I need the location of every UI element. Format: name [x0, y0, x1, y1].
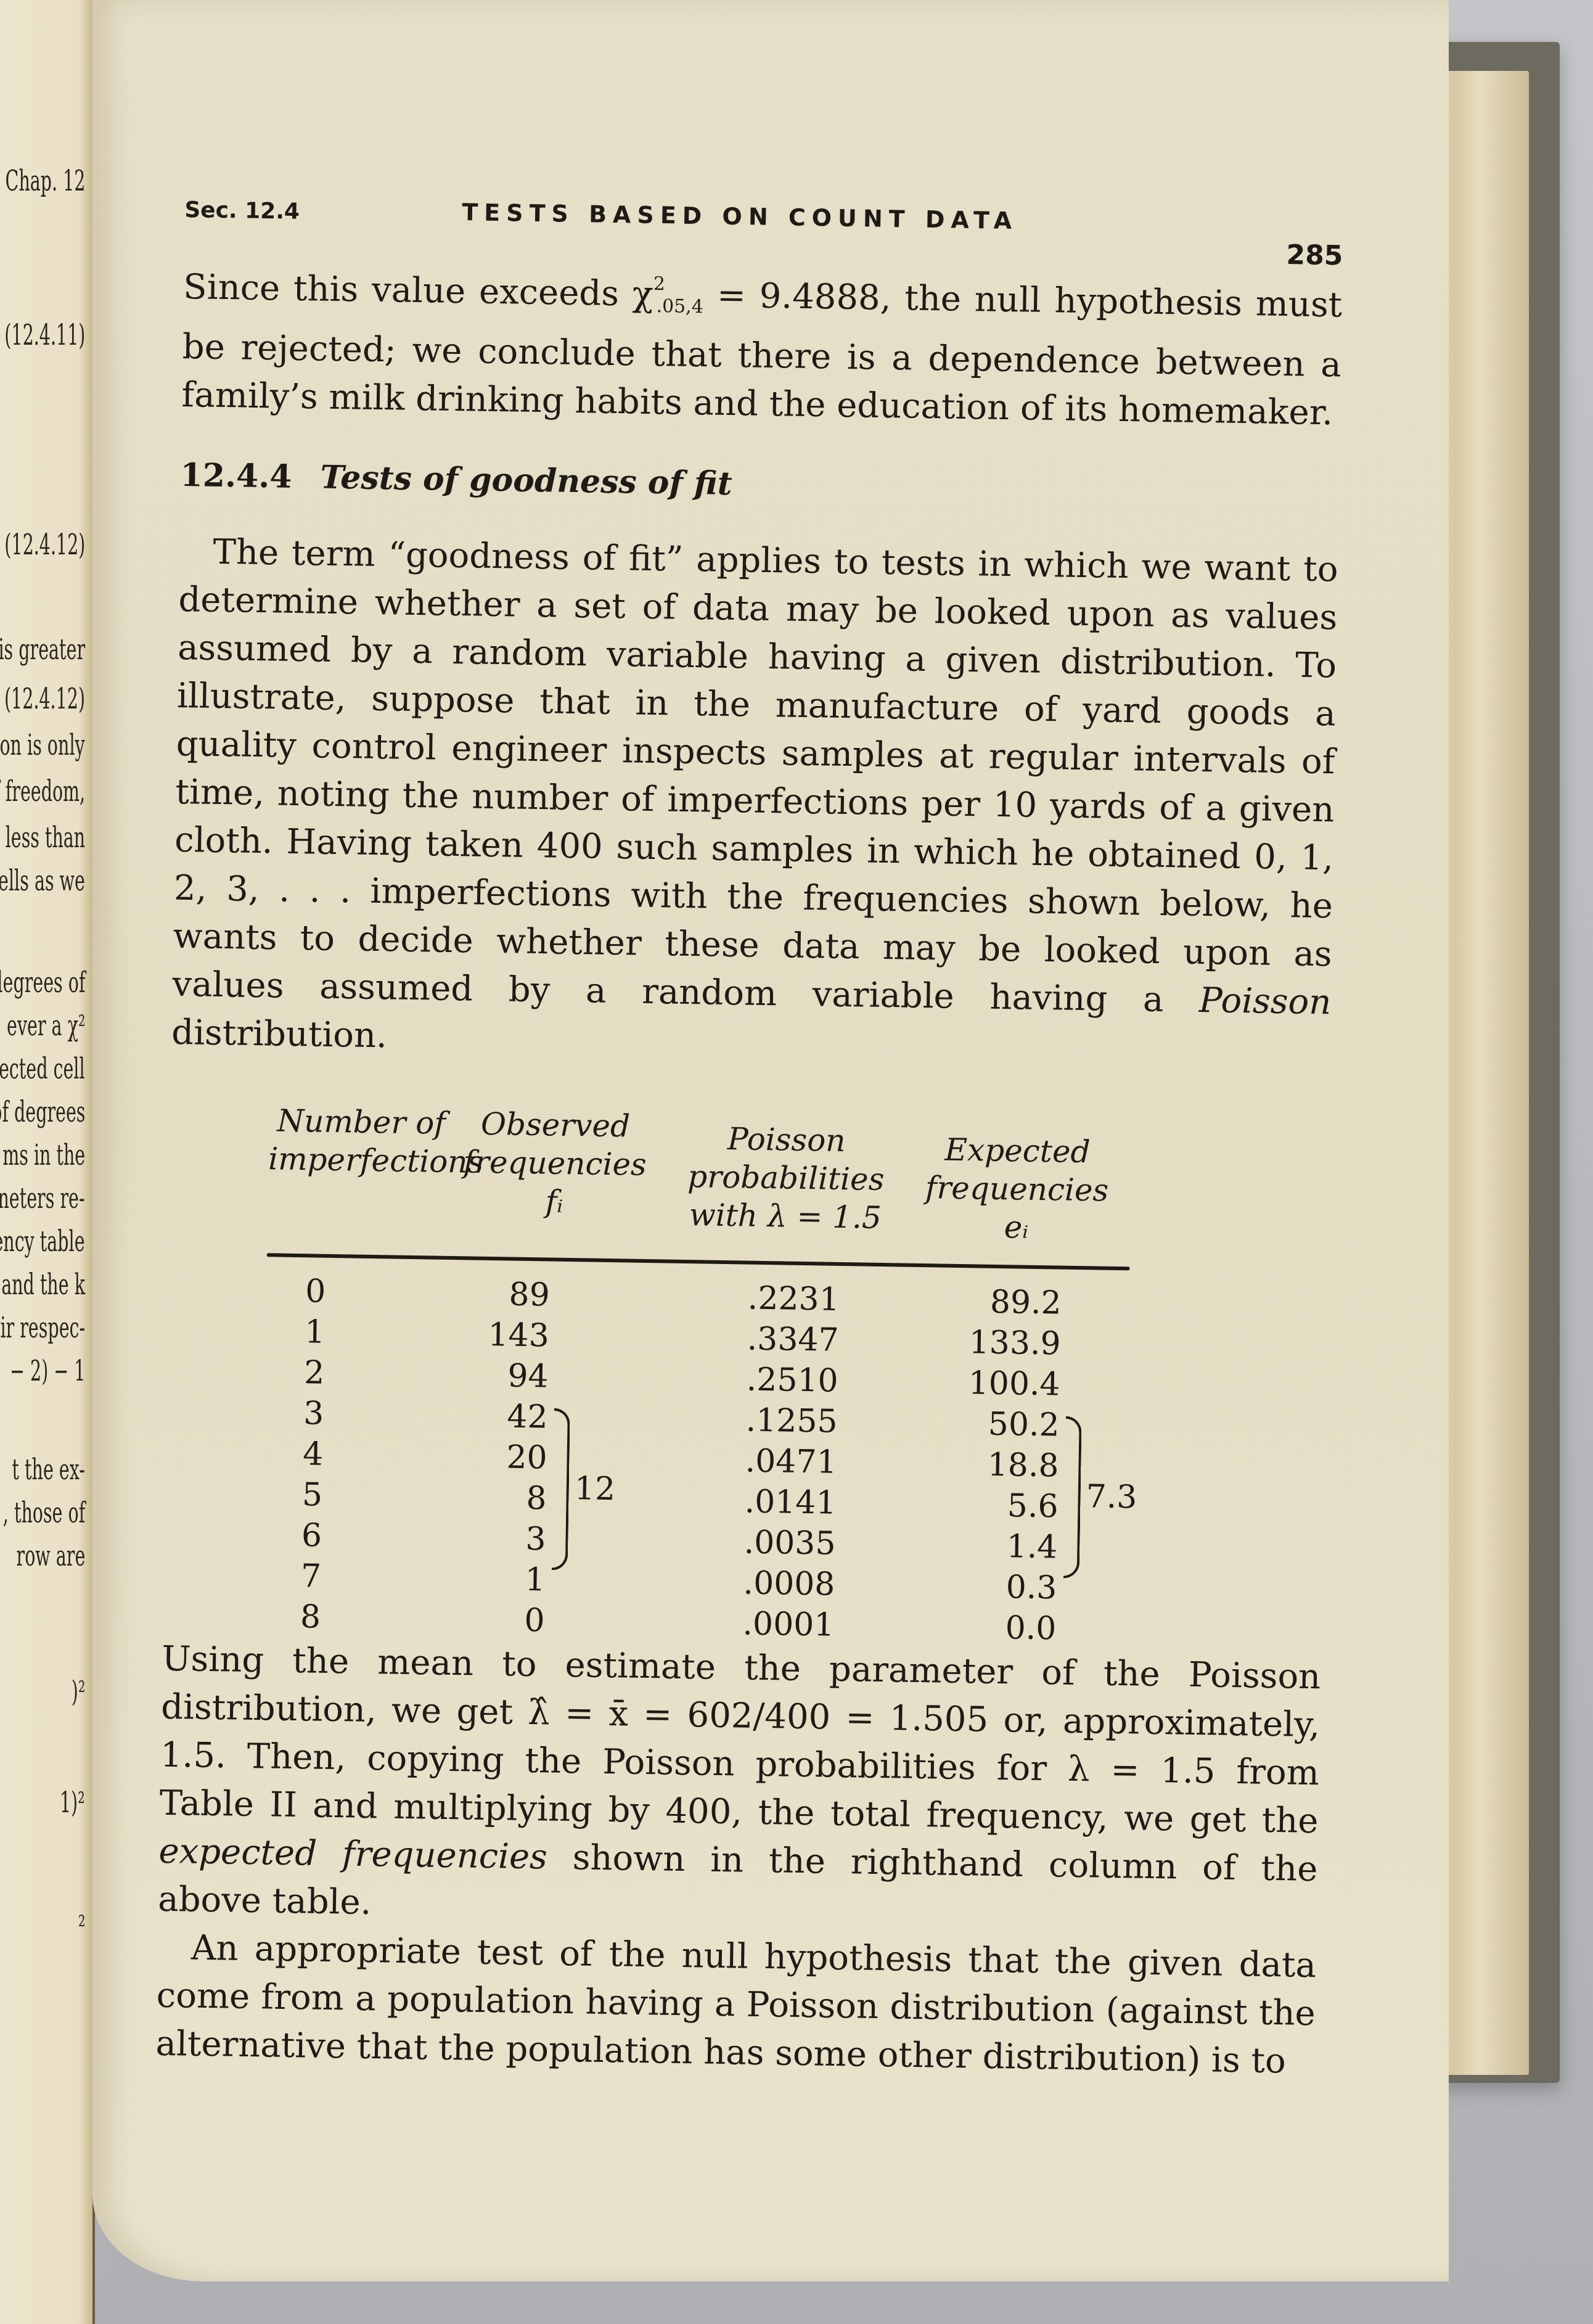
left-page-fragment: t the ex- [12, 1455, 85, 1484]
cell-imperfections: 5 [263, 1474, 362, 1516]
left-page-fragment: ² [78, 1911, 85, 1940]
cell-probability: .2510 [548, 1357, 838, 1402]
left-page-fragment: neters re- [0, 1184, 85, 1212]
text-span: The term “goodness of fit” applies to te… [172, 532, 1338, 1020]
left-page-fragment: ms in the [2, 1141, 85, 1169]
chi-subscript: .05,4 [656, 295, 703, 318]
expected-group-brace [1063, 1416, 1082, 1579]
paragraph-conclusion: Since this value exceeds χ2.05,4 = 9.488… [181, 253, 1343, 437]
cell-probability: .0008 [545, 1559, 835, 1604]
cell-observed: 20 [362, 1435, 547, 1479]
cell-expected: 18.8 [837, 1442, 1059, 1487]
cell-expected: 89.2 [839, 1279, 1062, 1324]
header-line: Poisson [657, 1119, 916, 1161]
section-title: Tests of goodness of fit [320, 459, 732, 503]
header-line: with λ = 1.5 [655, 1195, 915, 1238]
cell-observed: 0 [359, 1598, 545, 1641]
cell-imperfections: 7 [261, 1555, 361, 1598]
section-label: Sec. 12.4 [184, 197, 300, 224]
left-page-fragment: (12.4.12) [4, 530, 85, 559]
cell-expected: 1.4 [835, 1524, 1058, 1568]
left-page-fragment: (12.4.11) [4, 321, 85, 349]
cell-expected: 0.0 [834, 1605, 1057, 1649]
text-span: Using the mean to estimate the parameter… [159, 1639, 1321, 1841]
left-page-fragment: ency table [0, 1227, 85, 1255]
emphasis-poisson: Poisson [1199, 980, 1332, 1022]
left-page-fragment: of freedom, [0, 777, 85, 805]
chi-square-symbol: χ2.05,4 [632, 274, 703, 315]
cell-imperfections: 1 [265, 1311, 364, 1353]
header-line: imperfections [268, 1139, 454, 1181]
cell-observed: 3 [361, 1516, 546, 1560]
section-number: 12.4.4 [180, 456, 292, 496]
text-span: Since this value exceeds [183, 267, 633, 314]
left-page-fragment: , those of [3, 1498, 85, 1527]
page-number: 285 [1286, 239, 1343, 271]
paragraph-estimation: Using the mean to estimate the parameter… [158, 1635, 1321, 1942]
cell-imperfections: 6 [262, 1514, 361, 1557]
header-line: frequencies [453, 1143, 657, 1184]
left-page-fragment: Chap. 12 [5, 166, 85, 195]
left-page-fragment: ion is only [0, 731, 85, 759]
cell-observed: 1 [360, 1557, 546, 1601]
emphasis-expected-frequencies: expected frequencies [158, 1831, 547, 1878]
chi-letter: χ [632, 274, 653, 314]
header-line: Number of [269, 1101, 454, 1143]
cell-expected: 50.2 [837, 1402, 1060, 1446]
table-rule [267, 1253, 1130, 1270]
header-observed-frequencies: Observed frequencies fᵢ [452, 1104, 657, 1241]
paragraph-goodness-of-fit-intro: The term “goodness of fit” applies to te… [171, 528, 1338, 1075]
table-header: Number of imperfections Observed frequen… [267, 1101, 1132, 1248]
left-page-fragment: ever a χ² [7, 1011, 85, 1040]
frequency-table: Number of imperfections Observed frequen… [261, 1101, 1132, 1650]
section-heading: 12.4.4 Tests of goodness of fit [180, 456, 1340, 512]
left-page-fragment: − 2) − 1 [10, 1357, 85, 1385]
cell-probability: .1255 [547, 1397, 838, 1442]
left-page-fragment: and the k [1, 1270, 85, 1299]
left-page-fragment: cells as we [0, 866, 85, 895]
chapter-running-title: TESTS BASED ON COUNT DATA [462, 199, 1018, 234]
observed-group-total: 12 [574, 1470, 615, 1508]
header-line: Observed [454, 1104, 658, 1146]
header-line: frequencies [915, 1168, 1119, 1210]
header-line: Expected [915, 1130, 1120, 1172]
header-number-of-imperfections: Number of imperfections [267, 1101, 454, 1238]
expected-group-total: 7.3 [1086, 1478, 1137, 1516]
cell-probability: .3347 [549, 1316, 839, 1361]
header-line: probabilities [656, 1157, 915, 1199]
text-span: distribution. [171, 1012, 388, 1056]
left-page-fragment: xpected cell [0, 1054, 85, 1083]
header-line: fᵢ [453, 1181, 657, 1222]
left-page-fragment: ir respec- [0, 1313, 85, 1342]
header-expected-frequencies: Expected frequencies eᵢ [914, 1112, 1120, 1248]
table-body: 089.223189.21143.3347133.9294.2510100.43… [261, 1270, 1129, 1650]
cell-expected: 100.4 [838, 1361, 1060, 1405]
header-line: eᵢ [914, 1207, 1118, 1248]
observed-group-brace [552, 1408, 570, 1571]
left-page-fragment: degrees of [0, 968, 85, 996]
cell-probability: .2231 [549, 1275, 840, 1320]
left-page-sliver: Chap. 12(12.4.11)(12.4.12)l is greatery … [0, 0, 95, 2324]
cell-expected: 133.9 [838, 1320, 1061, 1365]
left-page-fragment: 1)² [60, 1788, 85, 1817]
left-page-fragment: s less than [0, 823, 85, 852]
cell-observed: 143 [364, 1313, 549, 1357]
left-page-fragment: row are [16, 1542, 85, 1570]
cell-probability: .0001 [544, 1600, 835, 1645]
left-page-fragment: of degrees [0, 1098, 85, 1126]
cell-imperfections: 0 [266, 1270, 365, 1313]
cell-imperfections: 4 [263, 1433, 362, 1476]
cell-imperfections: 3 [264, 1392, 363, 1435]
cell-expected: 5.6 [836, 1483, 1059, 1527]
header-poisson-probabilities: Poisson probabilities with λ = 1.5 [655, 1107, 916, 1245]
cell-observed: 94 [363, 1353, 549, 1397]
right-page: Sec. 12.4 TESTS BASED ON COUNT DATA 285 … [92, 0, 1449, 2281]
cell-imperfections: 8 [261, 1596, 360, 1638]
left-page-fragment: y (12.4.12) [0, 684, 85, 713]
cell-probability: .0035 [546, 1519, 836, 1564]
cell-expected: 0.3 [835, 1564, 1057, 1609]
cell-observed: 8 [361, 1476, 547, 1519]
cell-imperfections: 2 [264, 1352, 364, 1394]
chi-superscript: 2 [653, 273, 666, 295]
cell-observed: 89 [364, 1272, 550, 1316]
paragraph-appropriate-test: An appropriate test of the null hypothes… [155, 1924, 1316, 2087]
left-page-fragment: )² [71, 1677, 85, 1706]
cell-observed: 42 [362, 1394, 548, 1438]
text-span: An appropriate test of the null hypothes… [155, 1928, 1316, 2082]
page-content: Sec. 12.4 TESTS BASED ON COUNT DATA 285 … [155, 185, 1344, 2086]
left-page-fragment: l is greater [0, 635, 85, 663]
